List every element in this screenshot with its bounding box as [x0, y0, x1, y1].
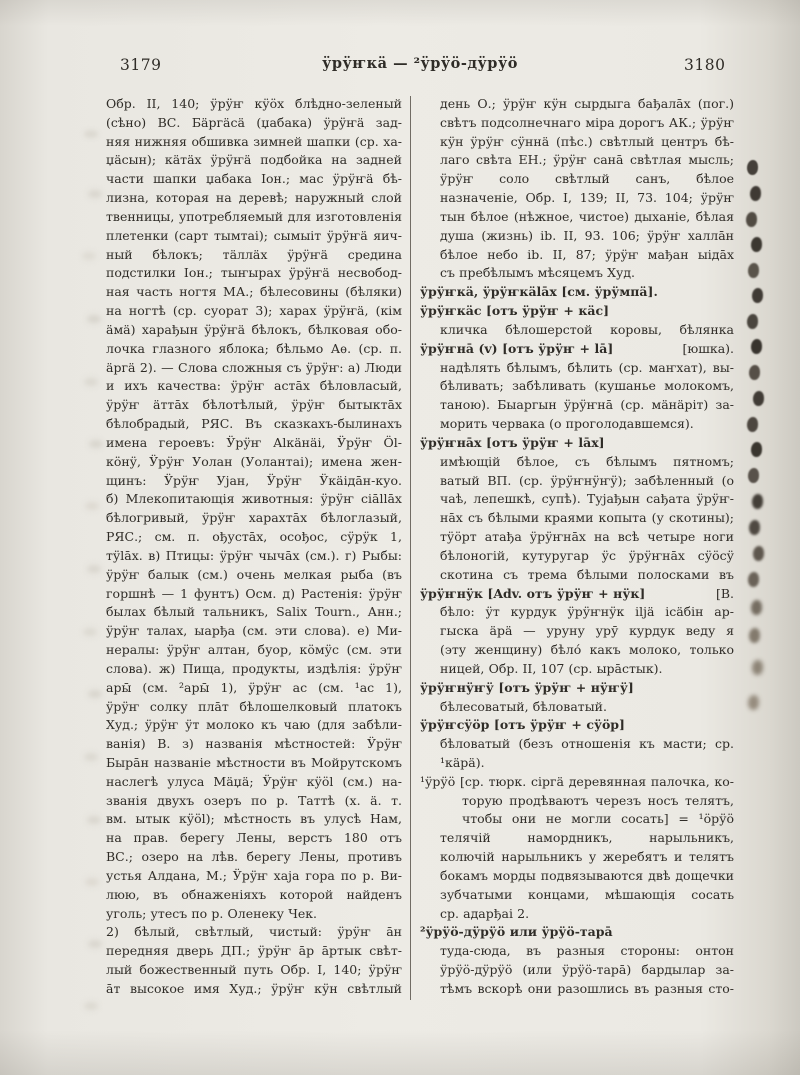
text-line: ӱрӱҥнӱҥӱ [отъ ӱрӱҥ + нӱҥӱ]: [420, 679, 734, 698]
text-line: чтобы они не могли сосать] = ¹ӧрӱӧ (см.): [420, 810, 734, 829]
text-line: б) Млекопитающія животныя: ӱрӱҥ сіāllāх: [106, 490, 402, 509]
text-line: ӱрӱӧ-дӱрӱӧ (или ӱрӱӧ-тарā) бардылар за-: [420, 961, 734, 980]
text-line: Бырāн названіе мѣстности въ Мойрутскомъ: [106, 754, 402, 773]
text-line: тӱlāх. в) Птицы: ӱрӱҥ чычāх (см.). г) Ры…: [106, 547, 402, 566]
text-line: бѣлое небо ib. II, 87; ӱрӱҥ мађан ыідāх: [420, 246, 734, 265]
text-line: люю, въ обнаженіяхъ которой найденъ буры…: [106, 886, 402, 905]
text-line: имѣющій бѣлое, съ бѣлымъ пятномъ; бѣлесо…: [420, 453, 734, 472]
text-line: ӱрӱҥнӱк [Adv. отъ ӱрӱҥ + нӱк][В.: [420, 585, 734, 604]
text-line: назначеніе, Обр. I, 139; II, 73. 104; ӱр…: [420, 189, 734, 208]
text-line: Худ.; ӱрӱҥ ӱт молоко къ чаю (для забѣли-: [106, 716, 402, 735]
text-line: ванія) В. з) названія мѣстностей: Ӱрӱҥ: [106, 735, 402, 754]
text-line: горшнѣ — 1 фунтъ) Осм. д) Растенія: ӱрӱҥ: [106, 585, 402, 604]
text-line: ватый ВП. (ср. ӱрӱҥнӱҥӱ); забѣленный (о: [420, 472, 734, 491]
text-line: äмä) харађын ӱрӱҥä бѣлокъ, бѣлковая обо-: [106, 321, 402, 340]
left-column: Обр. II, 140; ӱрӱҥ кӱӧх блѣдно-зеленый(с…: [106, 95, 402, 999]
text-line: морить червака (о проголодавшемся).: [420, 415, 734, 434]
text-line: äргä 2). — Слова сложныя съ ӱрӱҥ: а) Люд…: [106, 359, 402, 378]
text-line: ная часть ногтя МА.; бѣлесовины (бѣляки): [106, 283, 402, 302]
text-line: тѣмъ вскорѣ они разошлись въ разныя сто-: [420, 980, 734, 999]
text-line: чаѣ, лепешкѣ, супѣ). Туjађын сађата ӱрӱҥ…: [420, 490, 734, 509]
text-line: слова). ж) Пища, продукты, издѣлія: ӱрӱҥ: [106, 660, 402, 679]
text-line: на ногтѣ (ср. суорат 3); харах ӱрӱҥä, (к…: [106, 302, 402, 321]
text-line: лизна, которая на деревѣ; наружный слой …: [106, 189, 402, 208]
text-line: кличка бѣлошерстой коровы, бѣлянка (бѣля…: [420, 321, 734, 340]
scan-artifact-bleed-through: [84, 130, 98, 138]
text-line: тӱӧрт атађа ӱрӱҥнāх на всѣ четыре ноги: [420, 528, 734, 547]
text-line: наслегѣ улуса Мäџä; Ӱрӱҥ кӱӧl (см.) на-: [106, 773, 402, 792]
text-line: ВС.; озеро на лѣв. берегу Лены, противъ: [106, 848, 402, 867]
text-line: колючій нарыльникъ у жеребятъ и телятъ (…: [420, 848, 734, 867]
text-line: туда-сюда, въ разныя стороны: онтон сото…: [420, 942, 734, 961]
text-line: лый божественный путь Обр. I, 140; ӱрӱҥ: [106, 961, 402, 980]
text-line: устья Алдана, М.; Ӱрӱҥ хаjа гора по р. В…: [106, 867, 402, 886]
text-line: ӱрӱҥ солку плāт бѣлошелковый платокъ: [106, 698, 402, 717]
text-line: 2) бѣлый, свѣтлый, чистый: ӱрӱҥ āн свѣтл…: [106, 923, 402, 942]
text-line: кӱн ӱрӱҥ сӱннä (пѣс.) свѣтлый центръ бѣ-: [420, 133, 734, 152]
text-line: уголь; утесъ по р. Оленеку Чек.: [106, 905, 402, 924]
text-line: званія двухъ озеръ по р. Таттѣ (х. ä. т.: [106, 792, 402, 811]
text-line: āт высокое имя Худ.; ӱрӱҥ кӱн свѣтлый: [106, 980, 402, 999]
text-line: съ пребѣлымъ мѣсяцемъ Худ.: [420, 264, 734, 283]
text-line: гыска äрä — уруну урӯ курдук веду я: [420, 622, 734, 641]
text-line: кӧнӱ, Ӱрӱҥ Уолан (Уолантаі); имена жен-: [106, 453, 402, 472]
text-line: ӱрӱҥнāх [отъ ӱрӱҥ + lāх]: [420, 434, 734, 453]
text-line: твенницы, употребляемый для изготовленія: [106, 208, 402, 227]
text-line: зубчатыми концами, мѣшающія сосать маток…: [420, 886, 734, 905]
dictionary-page-scan: 3179 ӱрӱҥкä — ²ӱрӱӧ-дӱрӱӧ 3180 Обр. II, …: [0, 0, 800, 1075]
text-line: џäсын); кäтäх ӱрӱҥä подбойка на задней: [106, 151, 402, 170]
text-line: бѣло: ӱт курдук ӱрӱҥнӱк іljä ісäбін ар-: [420, 603, 734, 622]
text-line: (сѣно) ВС. Бäргäсä (џабака) ӱрӱҥä зад-: [106, 114, 402, 133]
text-line: ӱрӱҥсӱӧр [отъ ӱрӱҥ + сӱӧр]: [420, 716, 734, 735]
text-line: былах бѣлый тальникъ, Salix Tourn., Анн.…: [106, 603, 402, 622]
text-line: лаго свѣта ЕН.; ӱрӱҥ санā свѣтлая мысль;: [420, 151, 734, 170]
page-number-right: 3180: [684, 56, 725, 74]
text-line: нералы: ӱрӱҥ алтан, буор, кӧмӱс (см. эти: [106, 641, 402, 660]
text-line: телячій намордникъ, нарыльникъ, носулька…: [420, 829, 734, 848]
text-line: ӱрӱҥнā (v) [отъ ӱрӱҥ + lā][юшка).: [420, 340, 734, 359]
text-line: ²ӱрӱӧ-дӱрӱӧ или ӱрӱӧ-тарā: [420, 923, 734, 942]
text-line: ӱрӱҥ соло свѣтлый санъ, бѣлое (благородн…: [420, 170, 734, 189]
text-line: таною). Быаргын ӱрӱҥнā (ср. мäнäріт) за-: [420, 396, 734, 415]
right-column: день О.; ӱрӱҥ кӱн сырдыга бађалāх (пог.)…: [420, 95, 734, 999]
scan-artifact-fore-edge: [747, 160, 758, 175]
text-line: ¹ӱрӱӧ [ср. тюрк. сіргä деревянная палочк…: [420, 773, 734, 792]
text-line: подстилки Іон.; тыҥырах ӱрӱҥä несвобод-: [106, 264, 402, 283]
text-line: нāх съ бѣлыми краями копыта (у скотины);: [420, 509, 734, 528]
page-number-left: 3179: [120, 56, 161, 74]
text-line: лочка глазного яблока; бѣльмо Аѳ. (ср. п…: [106, 340, 402, 359]
running-title: ӱрӱҥкä — ²ӱрӱӧ-дӱрӱӧ: [200, 55, 640, 72]
text-line: вм. ытык кӱӧl); мѣстность въ улусѣ Нам,: [106, 810, 402, 829]
text-line: и ихъ качества: ӱрӱҥ астāх бѣловласый,: [106, 377, 402, 396]
text-line: бѣлогривый, ӱрӱҥ харахтāх бѣлоглазый,: [106, 509, 402, 528]
text-line: (эту женщину) бѣло́ какъ молоко, только …: [420, 641, 734, 660]
text-line: бѣливать; забѣливать (кушанье молокомъ, …: [420, 377, 734, 396]
text-line: няя нижняя обшивка зимней шапки (ср. ха-: [106, 133, 402, 152]
text-line: надѣлять бѣлымъ, бѣлить (ср. маҥхат), вы…: [420, 359, 734, 378]
text-line: ницей, Обр. II, 107 (ср. ырāстык).: [420, 660, 734, 679]
text-line: передняя дверь ДП.; ӱрӱҥ āр āртык свѣт-: [106, 942, 402, 961]
text-line: имена героевъ: Ӱрӱҥ Аlкäнäі, Ӱрӱҥ Ӧl-: [106, 434, 402, 453]
text-line: бѣлесоватый, бѣловатый.: [420, 698, 734, 717]
text-line: ары̄ (см. ²ары̄ 1), ӱрӱҥ ас (см. ¹ас 1),: [106, 679, 402, 698]
text-line: ¹кäрä).: [420, 754, 734, 773]
text-line: тын бѣлое (нѣжное, чистое) дыханіе, бѣла…: [420, 208, 734, 227]
text-line: ӱрӱҥ талах, ыарђа (см. эти слова). е) Ми…: [106, 622, 402, 641]
text-line: торую продѣваютъ черезъ носъ телятъ,: [420, 792, 734, 811]
text-line: ӱрӱҥкäс [отъ ӱрӱҥ + кäс]: [420, 302, 734, 321]
text-line: бѣлоногій, кутуругар ӱс ӱрӱҥнāх сӱӧсӱ: [420, 547, 734, 566]
text-line: ный бѣлокъ; тäллäх ӱрӱҥä средина спально…: [106, 246, 402, 265]
text-line: ӱрӱҥ äттāх бѣлотѣлый, ӱрӱҥ бытыктāх: [106, 396, 402, 415]
text-line: части шапки џабака Іон.; мас ӱрӱҥä бѣ-: [106, 170, 402, 189]
text-line: ӱрӱҥкä, ӱрӱҥкälāх [см. ӱрӱмпä].: [420, 283, 734, 302]
text-line: ср. адарђаі 2.: [420, 905, 734, 924]
column-divider-rule: [410, 96, 411, 1000]
text-line: плетенки (сарт тымтаі); сымыіт ӱрӱҥä яич…: [106, 227, 402, 246]
text-line: день О.; ӱрӱҥ кӱн сырдыга бађалāх (пог.): [420, 95, 734, 114]
text-line: Обр. II, 140; ӱрӱҥ кӱӧх блѣдно-зеленый: [106, 95, 402, 114]
text-line: на прав. берегу Лены, верстъ 180 отъ Яку…: [106, 829, 402, 848]
text-line: свѣтъ подсолнечнаго міра дорогъ АК.; ӱрӱ…: [420, 114, 734, 133]
text-line: бѣлобрадый, РЯС. Въ сказкахъ-былинахъ: [106, 415, 402, 434]
text-line: бокамъ морды подвязываются двѣ дощечки с…: [420, 867, 734, 886]
text-line: бѣловатый (безъ отношенія къ масти; ср.: [420, 735, 734, 754]
text-line: ӱрӱҥ балык (см.) очень мелкая рыба (въ п…: [106, 566, 402, 585]
text-line: скотина съ трема бѣлыми полосками въ хво…: [420, 566, 734, 585]
text-line: РЯС.; см. п. ођустāх, осођос, сӱрӱк 1,: [106, 528, 402, 547]
text-line: щинъ: Ӱрӱҥ Уjан, Ӱрӱҥ Ӱкäідāн-куо.: [106, 472, 402, 491]
text-line: душа (жизнь) ib. II, 93. 106; ӱрӱҥ халлā…: [420, 227, 734, 246]
